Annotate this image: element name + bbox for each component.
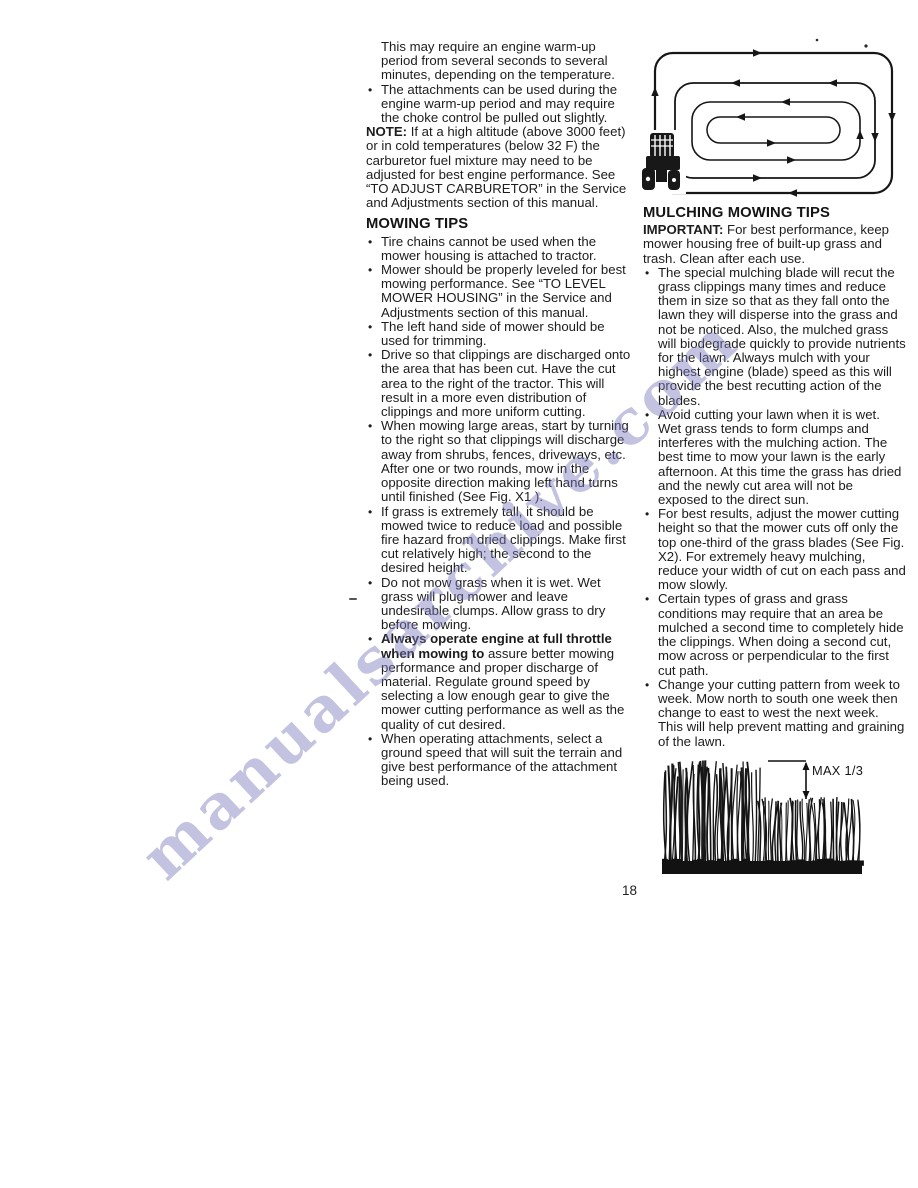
mulching-tips-list: The special mulching blade will recut th… xyxy=(643,266,906,749)
left-column: This may require an engine warm-up perio… xyxy=(366,40,632,789)
note-paragraph: NOTE: If at a high altitude (above 3000 … xyxy=(366,125,632,210)
list-item: Certain types of grass and grass conditi… xyxy=(643,592,906,677)
list-item: If grass is extremely tall, it should be… xyxy=(366,505,632,576)
mulching-tips-heading: MULCHING MOWING TIPS xyxy=(643,206,906,220)
list-item: Change your cutting pattern from week to… xyxy=(643,678,906,749)
spiral-path-drawing xyxy=(640,36,905,198)
direction-arrows xyxy=(651,49,895,197)
list-item: The attachments can be used during the e… xyxy=(366,83,632,126)
list-item: When mowing large areas, start by turnin… xyxy=(366,419,632,504)
direction-arrow xyxy=(753,174,762,182)
list-item: The left hand side of mower should be us… xyxy=(366,320,632,348)
list-item: Do not mow grass when it is wet. Wet gra… xyxy=(366,576,632,633)
max-cut-bracket xyxy=(768,761,810,799)
scan-speck xyxy=(349,598,357,600)
list-item: When operating attachments, select a gro… xyxy=(366,732,632,789)
scan-speck xyxy=(864,44,867,47)
max-cut-label: MAX 1/3 xyxy=(812,764,863,778)
direction-arrow xyxy=(767,139,776,147)
mowing-path-ring xyxy=(675,83,875,178)
important-label: IMPORTANT: xyxy=(643,222,723,237)
direction-arrow xyxy=(856,130,863,139)
direction-arrow xyxy=(651,87,658,96)
direction-arrow xyxy=(788,189,797,197)
mowing-path-ring xyxy=(707,117,840,143)
mowing-tips-heading: MOWING TIPS xyxy=(366,217,632,231)
direction-arrow xyxy=(787,156,796,164)
list-item: Mower should be properly leveled for bes… xyxy=(366,263,632,320)
list-item: For best results, adjust the mower cutti… xyxy=(643,507,906,592)
mowing-pattern-diagram xyxy=(640,36,905,198)
direction-arrow xyxy=(781,98,790,106)
warmup-bullet-list: The attachments can be used during the e… xyxy=(366,83,632,126)
direction-arrow xyxy=(753,49,762,57)
list-item: Tire chains cannot be used when the mowe… xyxy=(366,235,632,263)
grass-cut-height-figure: MAX 1/3 xyxy=(660,756,872,876)
direction-arrow xyxy=(888,113,895,122)
scan-speck xyxy=(816,39,819,42)
direction-arrow xyxy=(871,133,878,142)
right-column: MULCHING MOWING TIPS IMPORTANT: For best… xyxy=(643,36,906,876)
tractor-icon xyxy=(640,130,686,194)
list-item: Always operate engine at full throttle w… xyxy=(366,632,632,731)
important-paragraph: IMPORTANT: For best performance, keep mo… xyxy=(643,223,906,266)
direction-arrow xyxy=(736,113,745,121)
mowing-tips-list: Tire chains cannot be used when the mowe… xyxy=(366,235,632,789)
note-label: NOTE: xyxy=(366,124,407,139)
manual-page: This may require an engine warm-up perio… xyxy=(0,0,918,1188)
list-item: Avoid cutting your lawn when it is wet. … xyxy=(643,408,906,507)
mowing-path-ring xyxy=(655,53,892,193)
mowing-path-ring xyxy=(692,102,860,160)
direction-arrow xyxy=(828,79,837,87)
direction-arrow xyxy=(731,79,740,87)
warmup-continuation-paragraph: This may require an engine warm-up perio… xyxy=(366,40,632,83)
list-item: Drive so that clippings are discharged o… xyxy=(366,348,632,419)
page-number: 18 xyxy=(622,883,637,898)
list-item: The special mulching blade will recut th… xyxy=(643,266,906,408)
